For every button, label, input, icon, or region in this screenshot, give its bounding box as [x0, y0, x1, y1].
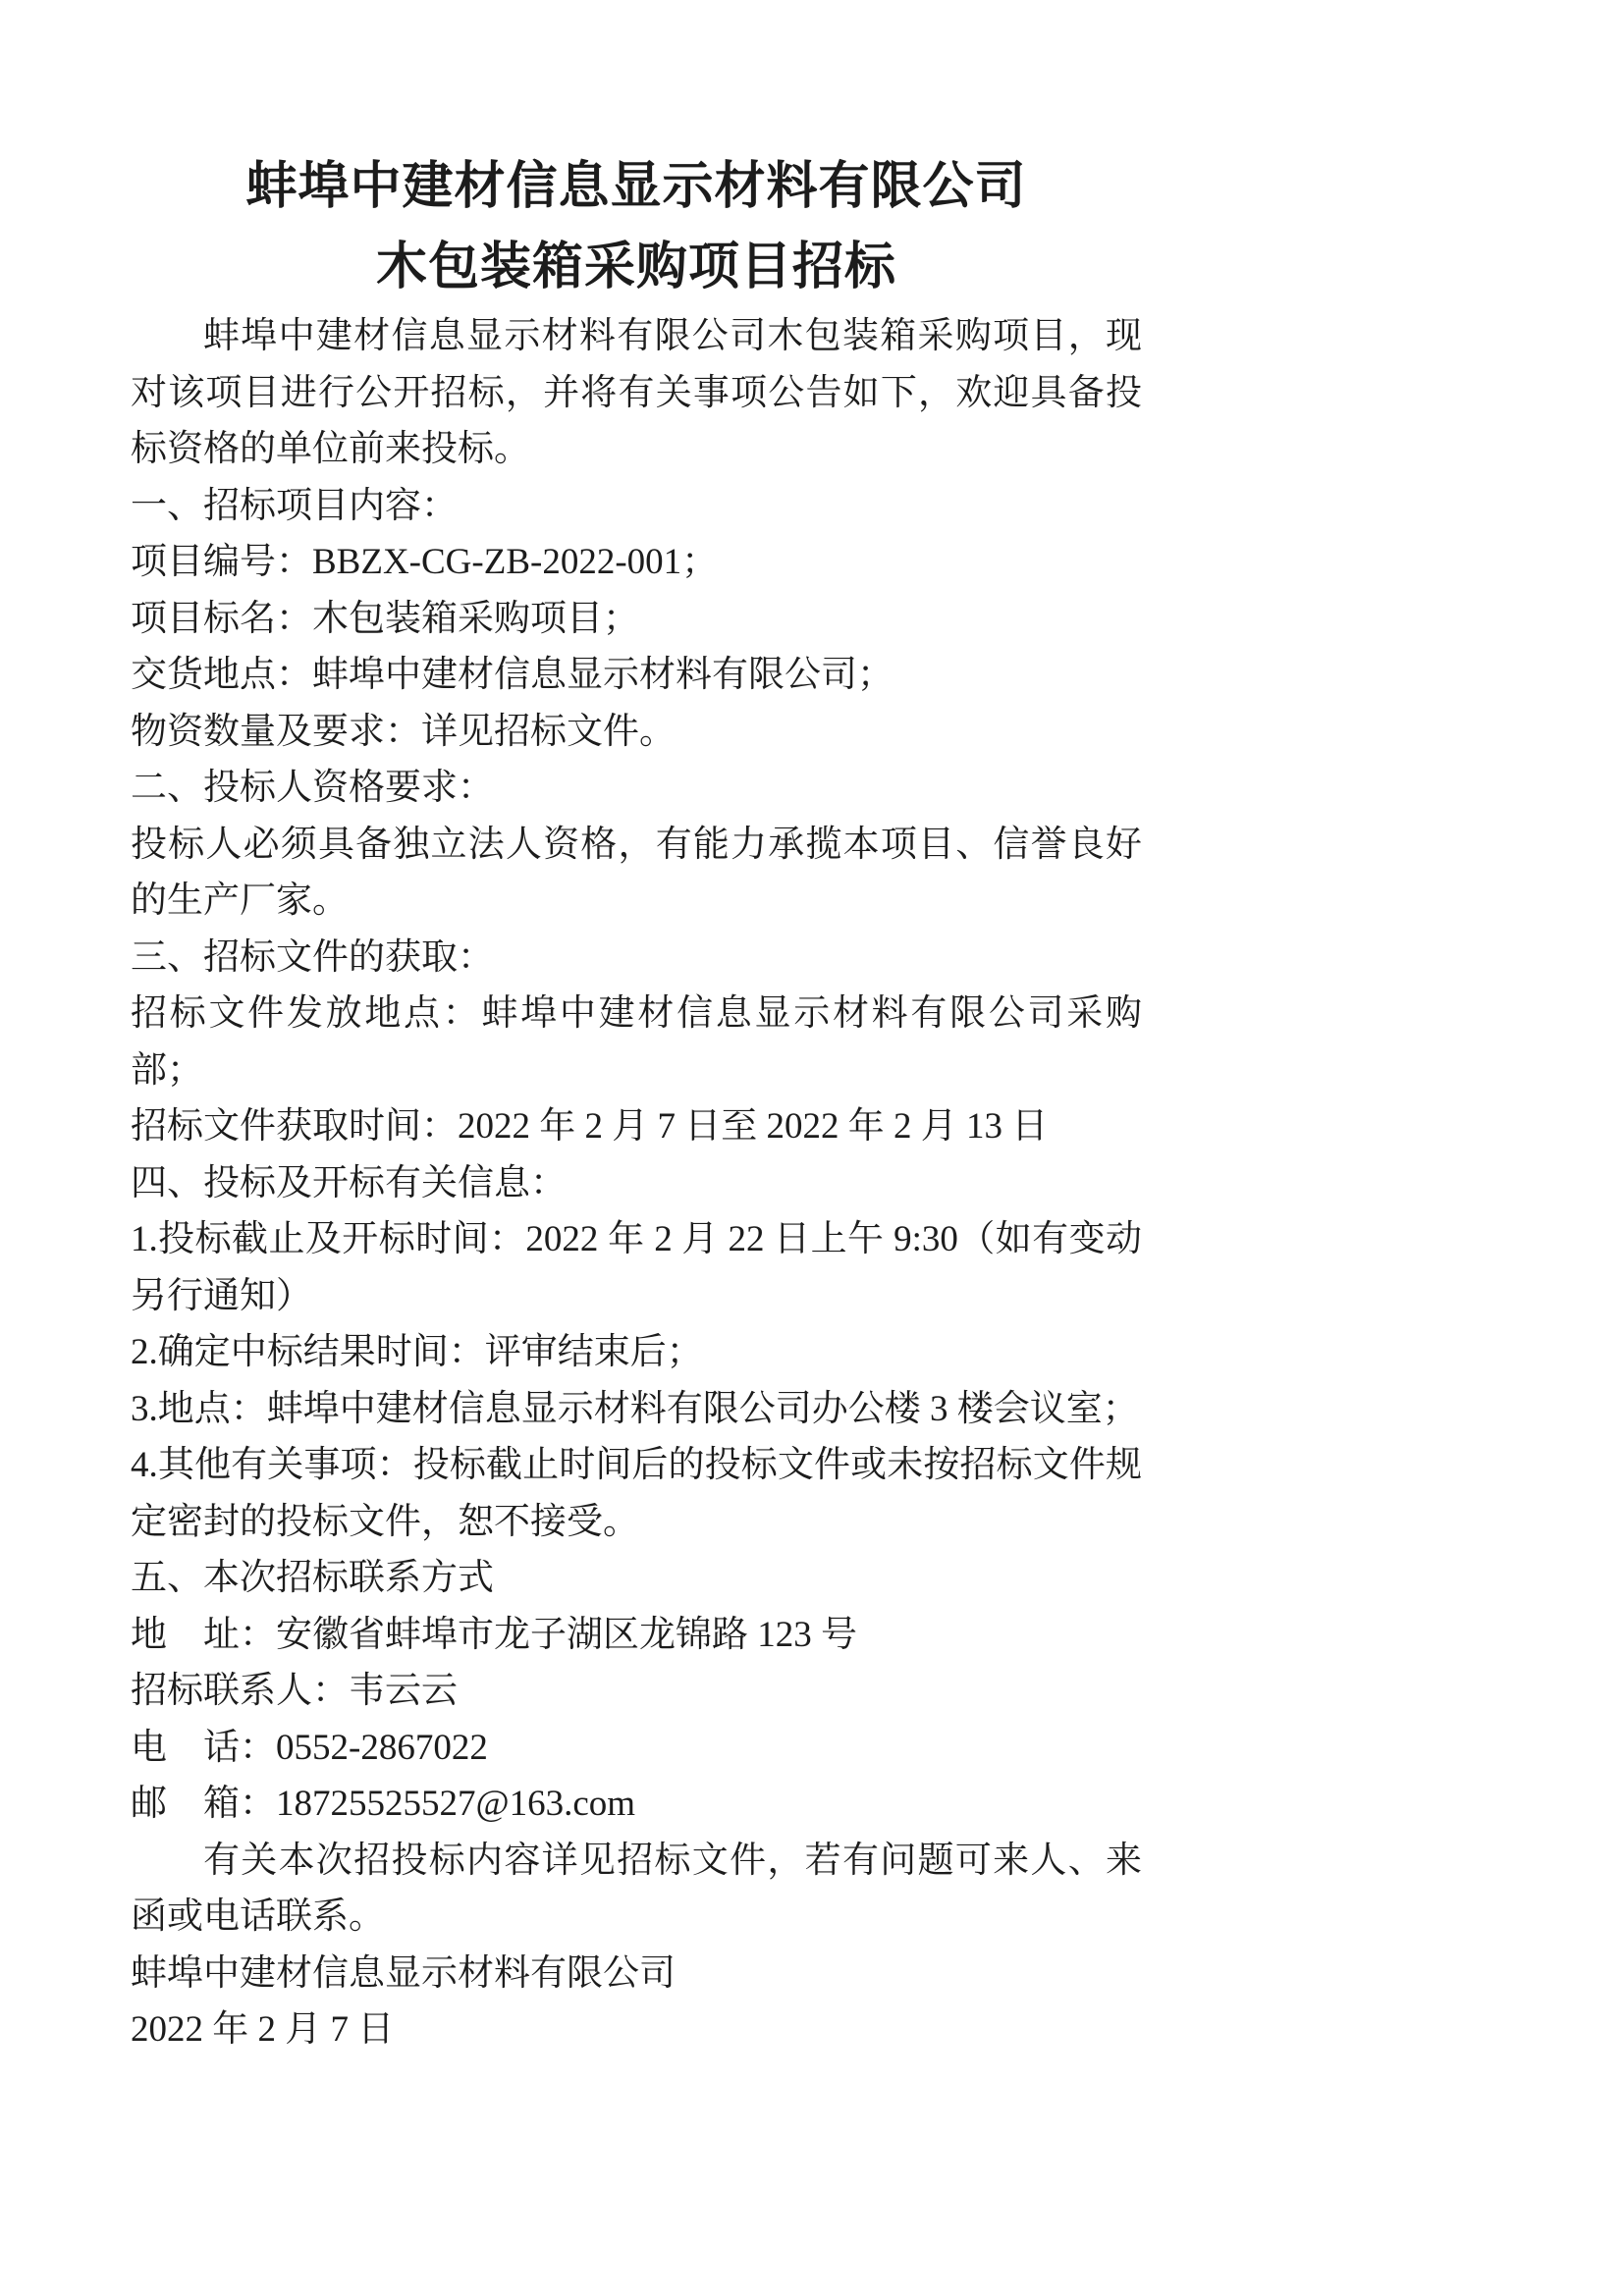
- paragraph-doc-obtain-time: 招标文件获取时间：2022 年 2 月 7 日至 2022 年 2 月 13 日: [131, 1098, 1142, 1155]
- paragraph-project-name: 项目标名：木包装箱采购项目；: [131, 591, 1142, 648]
- paragraph-phone: 电 话：0552-2867022: [131, 1720, 1142, 1777]
- section-heading-5: 五、本次招标联系方式: [131, 1550, 1142, 1607]
- paragraph-delivery-place: 交货地点：蚌埠中建材信息显示材料有限公司；: [131, 647, 1142, 704]
- document-page: 蚌埠中建材信息显示材料有限公司 木包装箱采购项目招标 蚌埠中建材信息显示材料有限…: [0, 0, 1624, 2296]
- section-heading-2: 二、投标人资格要求：: [131, 760, 1142, 817]
- paragraph-email: 邮 箱：18725525527@163.com: [131, 1776, 1142, 1833]
- document-content: 蚌埠中建材信息显示材料有限公司 木包装箱采购项目招标 蚌埠中建材信息显示材料有限…: [131, 147, 1142, 2058]
- paragraph-closing: 有关本次招投标内容详见招标文件，若有问题可来人、来函或电话联系。: [131, 1833, 1142, 1946]
- paragraph-address: 地 址：安徽省蚌埠市龙子湖区龙锦路 123 号: [131, 1607, 1142, 1664]
- document-title-line2: 木包装箱采购项目招标: [131, 228, 1142, 308]
- document-title-line1: 蚌埠中建材信息显示材料有限公司: [131, 147, 1142, 228]
- section-heading-4: 四、投标及开标有关信息：: [131, 1155, 1142, 1212]
- paragraph-item-4: 4.其他有关事项：投标截止时间后的投标文件或未按招标文件规定密封的投标文件，恕不…: [131, 1437, 1142, 1550]
- paragraph-qualification: 投标人必须具备独立法人资格，有能力承揽本项目、信誉良好的生产厂家。: [131, 817, 1142, 930]
- section-heading-3: 三、招标文件的获取：: [131, 930, 1142, 987]
- paragraph-doc-issue-place: 招标文件发放地点：蚌埠中建材信息显示材料有限公司采购部；: [131, 986, 1142, 1098]
- signature-company: 蚌埠中建材信息显示材料有限公司: [131, 1946, 1142, 2002]
- paragraph-item-3: 3.地点：蚌埠中建材信息显示材料有限公司办公楼 3 楼会议室；: [131, 1381, 1142, 1438]
- paragraph-item-1: 1.投标截止及开标时间：2022 年 2 月 22 日上午 9:30（如有变动另…: [131, 1211, 1142, 1324]
- section-heading-1: 一、招标项目内容：: [131, 478, 1142, 535]
- paragraph-project-no: 项目编号：BBZX-CG-ZB-2022-001；: [131, 534, 1142, 591]
- paragraph-contact-person: 招标联系人：韦云云: [131, 1663, 1142, 1720]
- signature-date: 2022 年 2 月 7 日: [131, 2002, 1142, 2058]
- paragraph-quantity: 物资数量及要求：详见招标文件。: [131, 704, 1142, 761]
- paragraph-intro: 蚌埠中建材信息显示材料有限公司木包装箱采购项目，现对该项目进行公开招标，并将有关…: [131, 308, 1142, 478]
- paragraph-item-2: 2.确定中标结果时间：评审结束后；: [131, 1324, 1142, 1381]
